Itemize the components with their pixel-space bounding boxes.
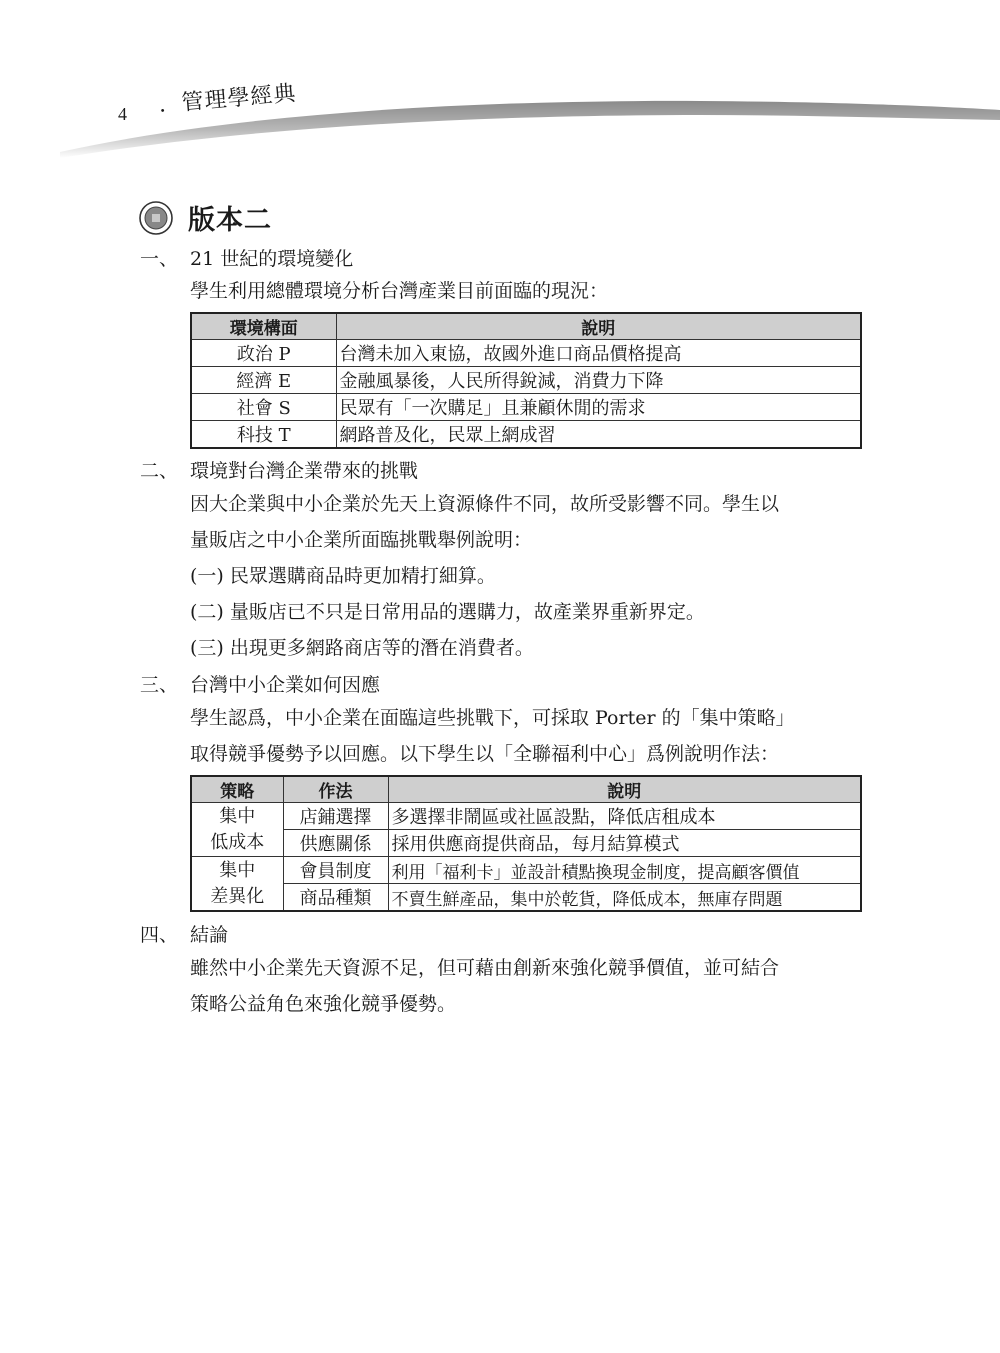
table-row: 經濟 E 金融風暴後，人民所得銳減，消費力下降: [191, 367, 861, 394]
column-header: 環境構面: [191, 313, 336, 340]
part2-title: 環境對台灣企業帶來的挑戰: [190, 456, 418, 483]
description-cell: 採用供應商提供商品，每月結算模式: [388, 830, 861, 857]
method-cell: 店鋪選擇: [283, 803, 388, 830]
table-row: 社會 S 民眾有「一次購足」且兼顧休閒的需求: [191, 394, 861, 421]
table-header-row: 策略 作法 說明: [191, 776, 861, 803]
pest-table: 環境構面 說明 政治 P 台灣未加入東協，故國外進口商品價格提高 經濟 E 金融…: [190, 312, 862, 449]
paragraph-line: 因大企業與中小企業於先天上資源條件不同，故所受影響不同。學生以: [190, 486, 870, 522]
column-header: 策略: [191, 776, 283, 803]
column-header: 說明: [388, 776, 861, 803]
table-row: 供應關係 採用供應商提供商品，每月結算模式: [191, 830, 861, 857]
dimension-cell: 經濟 E: [191, 367, 336, 394]
header-swoosh-decoration: [0, 60, 1000, 170]
part4-heading: 四、 結論: [140, 920, 228, 947]
list-item: (三) 出現更多網路商店等的潛在消費者。: [190, 630, 870, 666]
method-cell: 會員制度: [283, 857, 388, 884]
page-number: 4: [118, 104, 127, 125]
part3-title: 台灣中小企業如何因應: [190, 670, 380, 697]
column-header: 說明: [336, 313, 861, 340]
dimension-cell: 政治 P: [191, 340, 336, 367]
part1-heading: 一、 21 世紀的環境變化: [140, 244, 353, 271]
method-cell: 供應關係: [283, 830, 388, 857]
paragraph-line: 策略公益角色來強化競爭優勢。: [190, 986, 870, 1022]
paragraph-line: 學生認爲，中小企業在面臨這些挑戰下，可採取 Porter 的「集中策略」: [190, 700, 870, 736]
part3-paragraph: 學生認爲，中小企業在面臨這些挑戰下，可採取 Porter 的「集中策略」 取得競…: [190, 700, 870, 772]
paragraph-line: 量販店之中小企業所面臨挑戰舉例說明：: [190, 522, 870, 558]
strategy-cell: 集中 差異化: [191, 857, 283, 912]
strategy-line: 低成本: [195, 830, 280, 856]
strategy-line: 集中: [195, 804, 280, 830]
dimension-cell: 科技 T: [191, 421, 336, 449]
description-cell: 台灣未加入東協，故國外進口商品價格提高: [336, 340, 861, 367]
part2-heading: 二、 環境對台灣企業帶來的挑戰: [140, 456, 418, 483]
section-heading: 版本二: [138, 198, 272, 237]
table-row: 科技 T 網路普及化，民眾上網成習: [191, 421, 861, 449]
column-header: 作法: [283, 776, 388, 803]
target-icon: [138, 200, 174, 236]
dimension-cell: 社會 S: [191, 394, 336, 421]
paragraph-line: 取得競爭優勢予以回應。以下學生以「全聯福利中心」爲例說明作法：: [190, 736, 870, 772]
table-row: 商品種類 不賣生鮮產品，集中於乾貨，降低成本，無庫存問題: [191, 884, 861, 912]
section-title: 版本二: [188, 198, 272, 237]
list-item: (一) 民眾選購商品時更加精打細算。: [190, 558, 870, 594]
table-row: 集中 低成本 店鋪選擇 多選擇非鬧區或社區設點，降低店租成本: [191, 803, 861, 830]
description-cell: 民眾有「一次購足」且兼顧休閒的需求: [336, 394, 861, 421]
description-cell: 不賣生鮮產品，集中於乾貨，降低成本，無庫存問題: [388, 884, 861, 912]
part1-intro: 學生利用總體環境分析台灣產業目前面臨的現況：: [190, 273, 870, 309]
part4-title: 結論: [190, 920, 228, 947]
part4-number: 四、: [140, 920, 190, 947]
strategy-line: 集中: [195, 858, 280, 884]
method-cell: 商品種類: [283, 884, 388, 912]
strategy-cell: 集中 低成本: [191, 803, 283, 857]
description-cell: 多選擇非鬧區或社區設點，降低店租成本: [388, 803, 861, 830]
strategy-line: 差異化: [195, 884, 280, 910]
part2-number: 二、: [140, 456, 190, 483]
table-row: 政治 P 台灣未加入東協，故國外進口商品價格提高: [191, 340, 861, 367]
part4-paragraph: 雖然中小企業先天資源不足，但可藉由創新來強化競爭價值，並可結合 策略公益角色來強…: [190, 950, 870, 1022]
description-cell: 利用「福利卡」並設計積點換現金制度，提高顧客價值: [388, 857, 861, 884]
description-cell: 金融風暴後，人民所得銳減，消費力下降: [336, 367, 861, 394]
part1-title: 21 世紀的環境變化: [190, 244, 353, 271]
description-cell: 網路普及化，民眾上網成習: [336, 421, 861, 449]
part1-number: 一、: [140, 244, 190, 271]
table-header-row: 環境構面 說明: [191, 313, 861, 340]
table-row: 集中 差異化 會員制度 利用「福利卡」並設計積點換現金制度，提高顧客價值: [191, 857, 861, 884]
strategy-table: 策略 作法 說明 集中 低成本 店鋪選擇 多選擇非鬧區或社區設點，降低店租成本 …: [190, 775, 862, 912]
part3-number: 三、: [140, 670, 190, 697]
list-item: (二) 量販店已不只是日常用品的選購力，故產業界重新界定。: [190, 594, 870, 630]
part3-heading: 三、 台灣中小企業如何因應: [140, 670, 380, 697]
paragraph-line: 雖然中小企業先天資源不足，但可藉由創新來強化競爭價值，並可結合: [190, 950, 870, 986]
part2-paragraph: 因大企業與中小企業於先天上資源條件不同，故所受影響不同。學生以 量販店之中小企業…: [190, 486, 870, 666]
